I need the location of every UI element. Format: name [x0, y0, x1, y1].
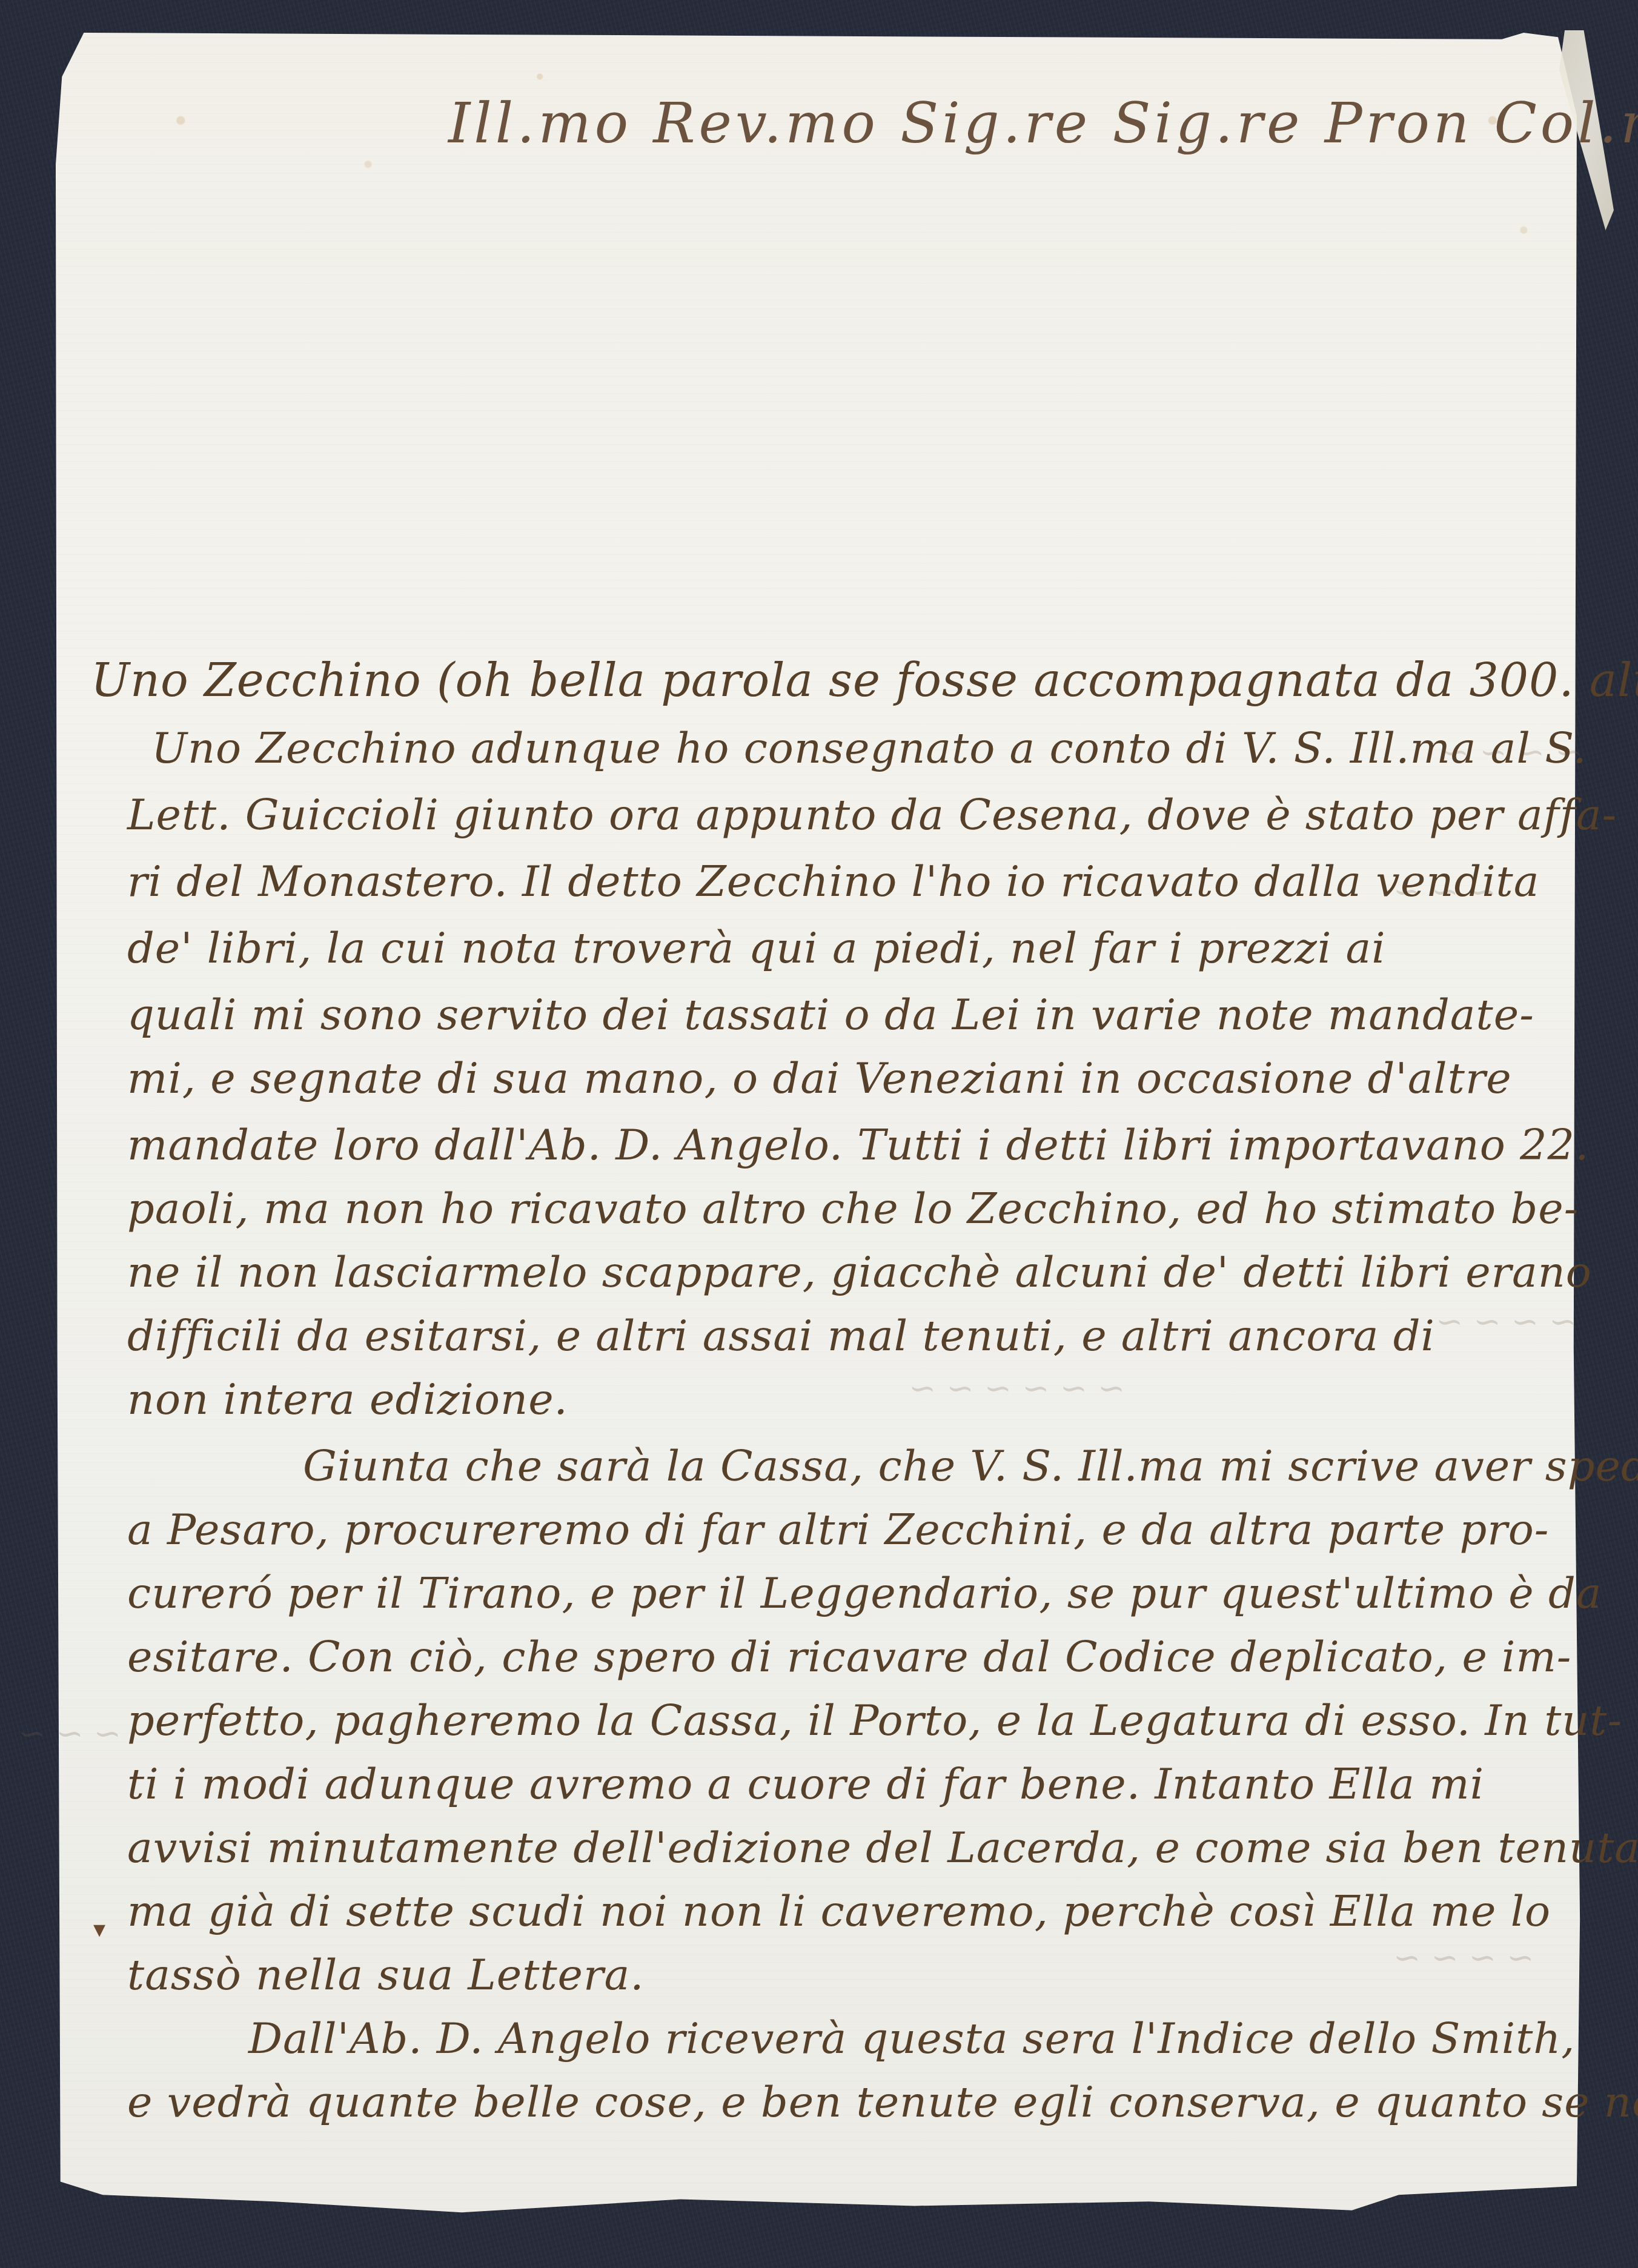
letter-line: perfetto, pagheremo la Cassa, il Porto, … [127, 1699, 1617, 1742]
letter-line: non intera edizione. [127, 1378, 1617, 1421]
margin-ink-mark: ▾ [93, 1915, 105, 1943]
letter-line: mandate loro dall'Ab. D. Angelo. Tutti i… [127, 1124, 1617, 1166]
letter-line: ne il non lasciarmelo scappare, giacchè … [127, 1251, 1617, 1293]
letter-line: ti i modi adunque avremo a cuore di far … [127, 1763, 1617, 1805]
letter-line: de' libri, la cui nota troverà qui a pie… [127, 927, 1617, 969]
salutation: Ill.mo Rev.mo Sig.re Sig.re Pron Col.mo [448, 91, 1236, 156]
letter-line: Uno Zecchino (oh bella parola se fosse a… [91, 657, 1581, 703]
letter-line: quali mi sono servito dei tassati o da L… [127, 993, 1617, 1036]
letter-line: Giunta che sarà la Cassa, che V. S. Ill.… [303, 1445, 1638, 1487]
letter-line: paoli, ma non ho ricavato altro che lo Z… [127, 1187, 1617, 1230]
letter-line: ma già di sette scudi noi non li caverem… [127, 1890, 1617, 1932]
letter-line: esitare. Con ciò, che spero di ricavare … [127, 1636, 1617, 1678]
letter-line: tassò nella sua Lettera. [127, 1954, 1617, 1996]
letter-line: Dall'Ab. D. Angelo riceverà questa sera … [248, 2017, 1638, 2060]
letter-line: Lett. Guiccioli giunto ora appunto da Ce… [127, 794, 1617, 836]
letter-line: avvisi minutamente dell'edizione del Lac… [127, 1826, 1617, 1869]
letter-line: e vedrà quante belle cose, e ben tenute … [127, 2081, 1617, 2123]
letter-line: difficili da esitarsi, e altri assai mal… [127, 1315, 1617, 1357]
letter-line: mi, e segnate di sua mano, o dai Venezia… [127, 1057, 1617, 1099]
bleed-through-text: ~ ~ ~ [18, 1714, 121, 1752]
letter-content: Ill.mo Rev.mo Sig.re Sig.re Pron Col.mo … [0, 0, 1638, 2268]
letter-line: Uno Zecchino adunque ho consegnato a con… [151, 727, 1638, 769]
letter-line: ri del Monastero. Il detto Zecchino l'ho… [127, 860, 1617, 903]
letter-line: a Pesaro, procureremo di far altri Zecch… [127, 1508, 1617, 1551]
letter-line: cureró per il Tirano, e per il Leggendar… [127, 1572, 1617, 1614]
